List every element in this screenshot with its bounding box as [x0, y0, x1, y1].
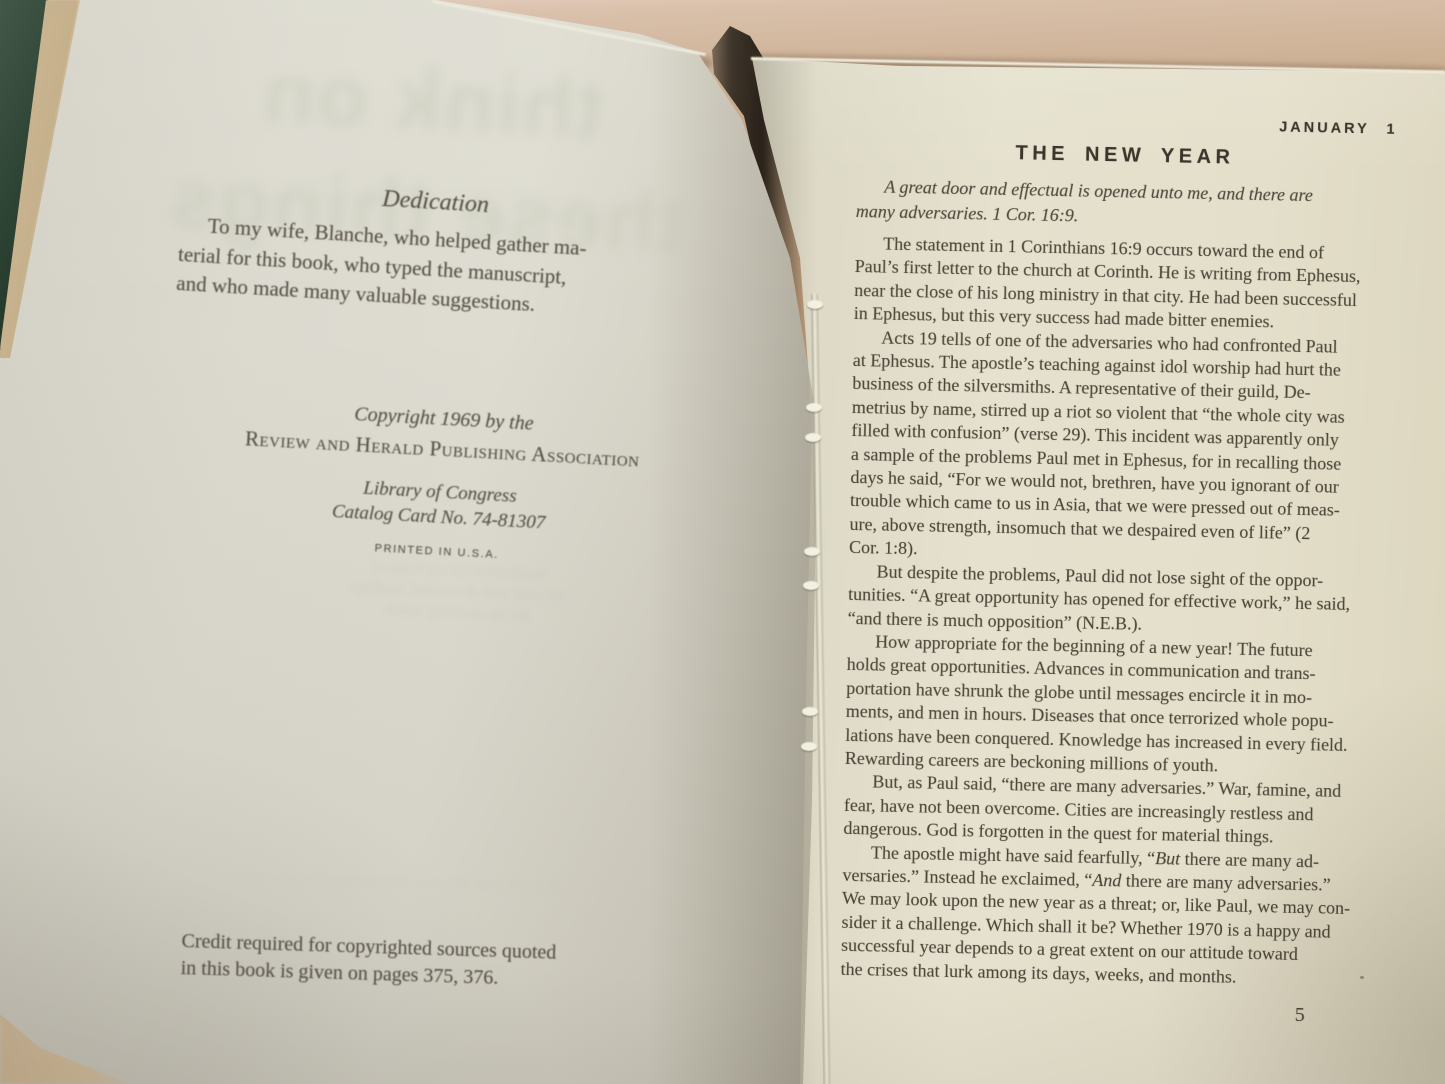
body-paragraph: The statement in 1 Corinthians 16:9 occu… [854, 232, 1434, 337]
stitch-mark [803, 581, 819, 590]
copyright-block: Copyright 1969 by the Review and Herald … [216, 394, 666, 570]
body-paragraph: But despite the problems, Paul did not l… [847, 560, 1426, 642]
stitch-mark [802, 707, 818, 716]
book-photo: think onthese things meditations for eac… [0, 0, 1445, 1084]
scripture-verse: A great door and effectual is opened unt… [856, 174, 1433, 236]
stitch-mark [806, 403, 822, 412]
page-title: THE NEW YEAR [865, 138, 1385, 172]
stitch-mark [804, 547, 820, 556]
stitch-mark [805, 433, 821, 442]
body-paragraph: How appropriate for the beginning of a n… [845, 630, 1436, 782]
stitch-mark [807, 300, 823, 309]
page-number: 5 [1270, 1003, 1330, 1027]
stitch-mark [801, 742, 817, 751]
body-paragraph: But, as Paul said, “there are many adver… [843, 770, 1444, 852]
body-paragraph: Acts 19 tells of one of the adversaries … [849, 326, 1432, 572]
right-page-text: JANUARY 1 THE NEW YEAR A great door and … [840, 104, 1445, 1031]
body-paragraph: The apostle might have said fearfully, “… [840, 840, 1445, 993]
